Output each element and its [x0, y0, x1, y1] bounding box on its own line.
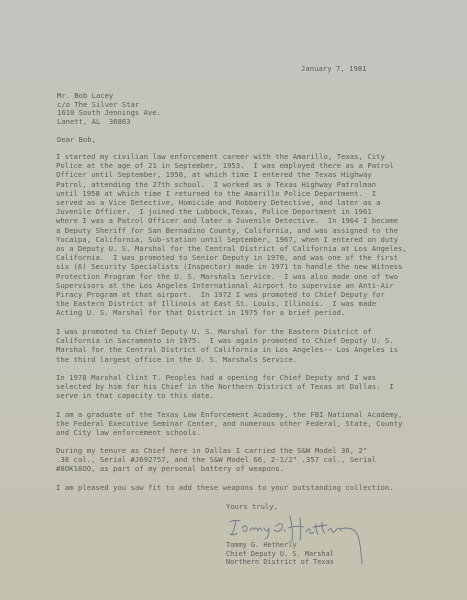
text-line: Protection Program for the U. S. Marshal… [56, 272, 398, 281]
text-line: a Deputy Sheriff for San Bernadino Count… [56, 226, 398, 235]
salutation: Dear Bob, [57, 135, 96, 144]
text-line: serve in that capacity to this date. [56, 391, 214, 400]
text-line: I was promoted to Chief Deputy U. S. Mar… [56, 327, 372, 336]
text-line: I am a graduate of the Texas Law Enforce… [56, 410, 402, 419]
signer-name: Tommy G. Hetherly [226, 541, 297, 549]
address-line: c/o The Silver Star [57, 100, 139, 109]
text-line: the Federal Executive Seminar Center, an… [56, 419, 402, 428]
address-line: Lanett, AL 36863 [57, 117, 131, 126]
signer-title: Chief Deputy U. S. Marshal [226, 550, 334, 558]
text-line: Police at the age of 21 in September, 19… [56, 161, 394, 170]
paragraph-dallas: In 1978 Marshal Clint T. Peoples had a o… [56, 373, 394, 401]
text-line: six (6) Security Specialists (Inspector)… [56, 262, 402, 271]
address-line: 1610 South Jennings Ave. [57, 108, 161, 117]
closing: Yours truly, [226, 502, 278, 511]
letter-page: January 7, 1981 Mr. Bob Lacey c/o The Si… [0, 0, 467, 600]
signer-district: Northern District of Texas [226, 558, 334, 566]
text-line: Yucaipa, California, Sub-station until S… [56, 235, 398, 244]
text-line: Piracy Program at that airport. In 1972 … [56, 290, 385, 299]
text-line: Acting U. S. Marshal for that District i… [56, 308, 345, 317]
signature-block: Tommy G. Hetherly Chief Deputy U. S. Mar… [226, 541, 334, 567]
text-line: the Eastern District of Illinois at East… [56, 299, 376, 308]
paragraph-promotions: I was promoted to Chief Deputy U. S. Mar… [56, 327, 398, 364]
text-line: I am pleased you saw fit to add these we… [56, 483, 394, 492]
text-line: Supervisors at the Los Angeles Internati… [56, 281, 394, 290]
text-line: where I was a Patrol Officer and later a… [56, 216, 398, 225]
text-line: as a Deputy U. S. Marshal for the Centra… [56, 244, 407, 253]
paragraph-weapons: During my tenure as Chief here in Dallas… [56, 446, 376, 474]
text-line: Marshal for the Central District of Cali… [56, 345, 398, 354]
recipient-address: Mr. Bob Lacey c/o The Silver Star 1610 S… [57, 92, 161, 127]
text-line: #8OK18OO, as part of my personal battery… [56, 464, 284, 473]
paragraph-closing-remark: I am pleased you saw fit to add these we… [56, 483, 394, 492]
text-line: California in Sacramento in 1975. I was … [56, 336, 394, 345]
text-line: California. I was promoted to Senior Dep… [56, 253, 398, 262]
text-line: In 1978 Marshal Clint T. Peoples had a o… [56, 373, 376, 382]
text-line: the third largest office in the U. S. Ma… [56, 355, 297, 364]
text-line: Patrol, attending the 27th school. I wor… [56, 180, 376, 189]
paragraph-career: I started my civilian law enforcement ca… [56, 152, 407, 318]
text-line: selected by him for his Chief in the Nor… [56, 382, 394, 391]
text-line: Officer until September, 1956, at which … [56, 170, 372, 179]
text-line: Juvenile Officer. I joined the Lubbock,T… [56, 207, 372, 216]
paragraph-education: I am a graduate of the Texas Law Enforce… [56, 410, 402, 438]
text-line: served as a Vice Detective, Homicide and… [56, 198, 380, 207]
text-line: During my tenure as Chief here in Dallas… [56, 446, 367, 455]
text-line: I started my civilian law enforcement ca… [56, 152, 385, 161]
text-line: until 1958 at which time I returned to t… [56, 189, 376, 198]
text-line: and City law enforcement schools. [56, 428, 201, 437]
text-line: .38 cal., Serial #J692757, and the S&W M… [56, 455, 376, 464]
address-line: Mr. Bob Lacey [57, 91, 113, 100]
letter-date: January 7, 1981 [301, 64, 367, 73]
